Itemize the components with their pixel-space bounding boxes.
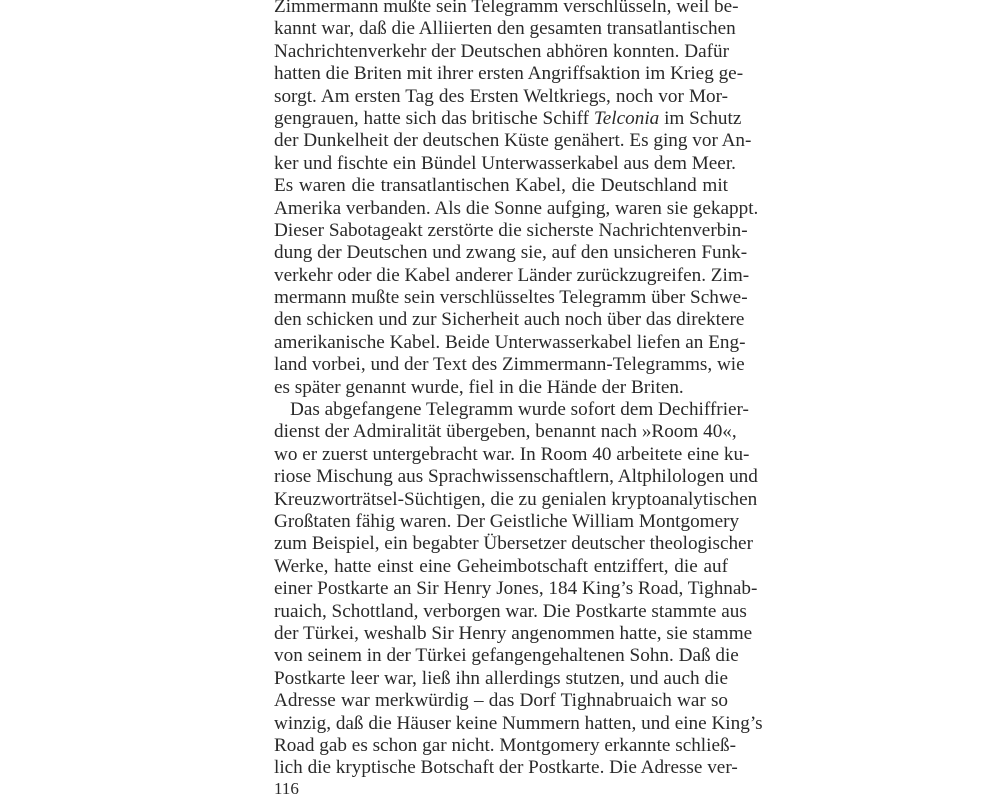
text-line: einer Postkarte an Sir Henry Jones, 184 … — [274, 578, 728, 600]
text-line: es später genannt wurde, fiel in die Hän… — [274, 377, 728, 399]
text-line: ker und fischte ein Bündel Unterwasserka… — [274, 153, 728, 175]
text-line: Postkarte leer war, ließ ihn allerdings … — [274, 668, 728, 690]
text-line: Dieser Sabotageakt zerstörte die sichers… — [274, 220, 728, 242]
text-line: Road gab es schon gar nicht. Montgomery … — [274, 735, 728, 757]
text-line: Zimmermann mußte sein Telegramm verschlü… — [274, 0, 728, 18]
text-line: lich die kryptische Botschaft der Postka… — [274, 757, 728, 779]
text-line: gengrauen, hatte sich das britische Schi… — [274, 108, 728, 130]
body-text: Zimmermann mußte sein Telegramm verschlü… — [274, 0, 728, 780]
text-line: Es waren die transatlantischen Kabel, di… — [274, 175, 728, 197]
text-line: Werke, hatte einst eine Geheimbotschaft … — [274, 556, 728, 578]
text-line: amerikanische Kabel. Beide Unterwasserka… — [274, 332, 728, 354]
text-line: der Dunkelheit der deutschen Küste genäh… — [274, 130, 728, 152]
text-line: den schicken und zur Sicherheit auch noc… — [274, 309, 728, 331]
ship-name-italic: Telconia — [594, 108, 659, 129]
text-line: Großtaten fähig waren. Der Geistliche Wi… — [274, 511, 728, 533]
text-segment: im Schutz — [659, 108, 741, 129]
text-line: riose Mischung aus Sprachwissenschaftler… — [274, 466, 728, 488]
text-line: winzig, daß die Häuser keine Nummern hat… — [274, 713, 728, 735]
page-number: 116 — [274, 779, 299, 799]
text-line: Kreuzworträtsel-Süchtigen, die zu genial… — [274, 489, 728, 511]
text-line: dung der Deutschen und zwang sie, auf de… — [274, 242, 728, 264]
text-line: mermann mußte sein verschlüsseltes Teleg… — [274, 287, 728, 309]
text-line: wo er zuerst untergebracht war. In Room … — [274, 444, 728, 466]
book-page: Zimmermann mußte sein Telegramm verschlü… — [274, 0, 728, 800]
text-line: verkehr oder die Kabel anderer Länder zu… — [274, 265, 728, 287]
text-line: Amerika verbanden. Als die Sonne aufging… — [274, 198, 728, 220]
text-segment: gengrauen, hatte sich das britische Schi… — [274, 108, 594, 129]
text-line: ruaich, Schottland, verborgen war. Die P… — [274, 601, 728, 623]
text-line: zum Beispiel, ein begabter Übersetzer de… — [274, 533, 728, 555]
text-line: der Türkei, weshalb Sir Henry angenommen… — [274, 623, 728, 645]
paragraph-start-line: Das abgefangene Telegramm wurde sofort d… — [274, 399, 728, 421]
text-line: von seinem in der Türkei gefangengehalte… — [274, 645, 728, 667]
text-line: hatten die Briten mit ihrer ersten Angri… — [274, 63, 728, 85]
text-line: sorgt. Am ersten Tag des Ersten Weltkrie… — [274, 86, 728, 108]
text-line: Adresse war merkwürdig – das Dorf Tighna… — [274, 690, 728, 712]
text-line: dienst der Admiralität übergeben, benann… — [274, 421, 728, 443]
text-line: kannt war, daß die Alliierten den gesamt… — [274, 18, 728, 40]
text-line: Nachrichtenverkehr der Deutschen abhören… — [274, 41, 728, 63]
text-line: land vorbei, und der Text des Zimmermann… — [274, 354, 728, 376]
